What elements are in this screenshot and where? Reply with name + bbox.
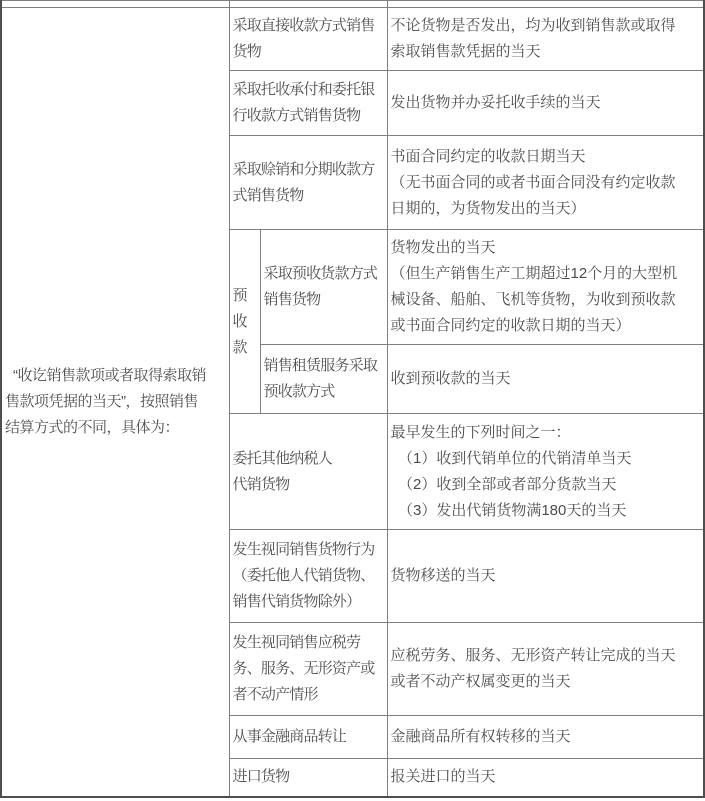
method-cell-advance-leasing: 销售租赁服务采取 预收款方式	[260, 345, 387, 414]
method-cell-imported-goods: 进口货物	[229, 759, 387, 797]
timing-cell-deemed-sales-goods: 货物移送的当天	[387, 530, 704, 623]
advance-payment-label-cell: 预 收 款	[229, 230, 260, 414]
method-cell-deemed-sales-services: 发生视同销售应税劳 务、服务、无形资产或 者不动产情形	[229, 623, 387, 716]
timing-cell-credit-installment: 书面合同约定的收款日期当天 （无书面合同的或者书面合同没有约定收款 日期的，为货…	[387, 136, 704, 230]
partial-top-cell-left	[1, 1, 229, 8]
partial-top-cell-middle	[229, 1, 387, 8]
method-cell-direct-payment: 采取直接收款方式销售 货物	[229, 8, 387, 71]
timing-cell-imported-goods: 报关进口的当天	[387, 759, 704, 797]
method-cell-financial-products: 从事金融商品转让	[229, 716, 387, 759]
method-cell-collection-acceptance: 采取托收承付和委托银 行收款方式销售货物	[229, 71, 387, 136]
partial-top-cell-right	[387, 1, 704, 8]
method-cell-advance-goods: 采取预收货款方式 销售货物	[260, 230, 387, 345]
left-summary-cell: “收讫销售款项或者取得索取销 售款项凭据的当天”，按照销售 结算方式的不同，具体…	[1, 8, 229, 797]
row-direct-payment: “收讫销售款项或者取得索取销 售款项凭据的当天”，按照销售 结算方式的不同，具体…	[1, 8, 704, 71]
timing-cell-consignment: 最早发生的下列时间之一： （1）收到代销单位的代销清单当天 （2）收到全部或者部…	[387, 414, 704, 530]
method-cell-consignment: 委托其他纳税人 代销货物	[229, 414, 387, 530]
partial-top-row	[1, 1, 704, 8]
timing-cell-financial-products: 金融商品所有权转移的当天	[387, 716, 704, 759]
timing-cell-advance-leasing: 收到预收款的当天	[387, 345, 704, 414]
timing-cell-direct-payment: 不论货物是否发出，均为收到销售款或取得 索取销售款凭据的当天	[387, 8, 704, 71]
timing-cell-advance-goods: 货物发出的当天 （但生产销售生产工期超过12个月的大型机 械设备、船舶、飞机等货…	[387, 230, 704, 345]
vat-timing-table: “收讫销售款项或者取得索取销 售款项凭据的当天”，按照销售 结算方式的不同，具体…	[0, 0, 705, 798]
method-cell-credit-installment: 采取赊销和分期收款方 式销售货物	[229, 136, 387, 230]
method-cell-deemed-sales-goods: 发生视同销售货物行为 （委托他人代销货物、 销售代销货物除外）	[229, 530, 387, 623]
timing-cell-collection-acceptance: 发出货物并办妥托收手续的当天	[387, 71, 704, 136]
timing-cell-deemed-sales-services: 应税劳务、服务、无形资产转让完成的当天 或者不动产权属变更的当天	[387, 623, 704, 716]
